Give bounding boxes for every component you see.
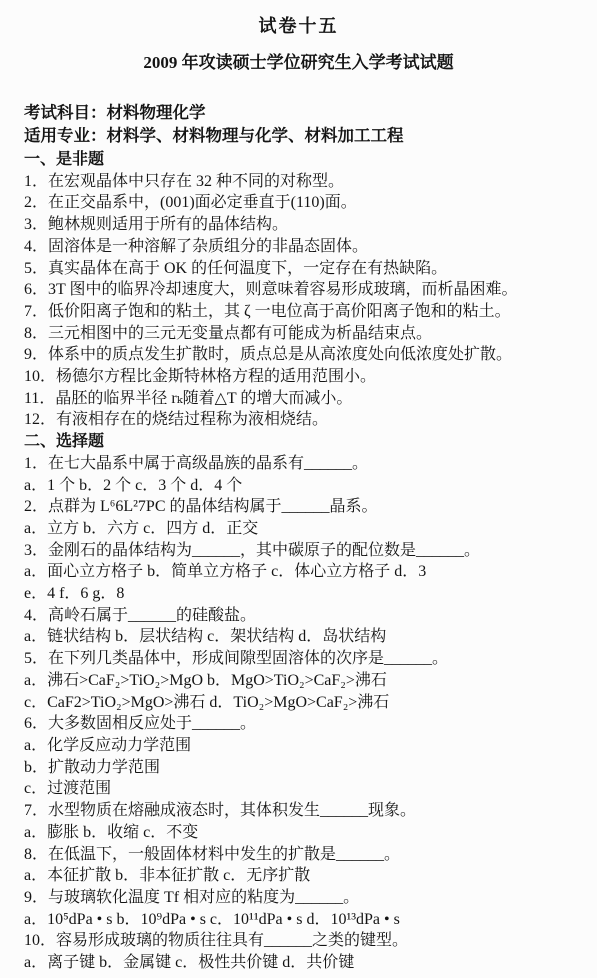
section1-heading: 一、是非题 (24, 149, 583, 171)
tf-item: 11．晶胚的临界半径 rₖ随着△T 的增大而减小。 (24, 388, 583, 410)
exam-paper-page: 试卷十五 2009 年攻读硕士学位研究生入学考试试题 考试科目：材料物理化学 适… (0, 0, 597, 978)
tf-item: 3．鲍林规则适用于所有的晶体结构。 (24, 214, 583, 236)
tf-item: 1．在宏观晶体中只存在 32 种不同的对称型。 (24, 171, 583, 193)
mc-line: a．沸石>CaF₂>TiO₂>MgO b．MgO>TiO₂>CaF₂>沸石 (24, 670, 583, 692)
mc-line: 8．在低温下，一般固体材料中发生的扩散是______。 (24, 844, 583, 866)
mc-line: 6．大多数固相反应处于______。 (24, 713, 583, 735)
exam-subject: 考试科目：材料物理化学 (24, 101, 577, 124)
mc-line: 7．水型物质在熔融成液态时，其体积发生______现象。 (24, 800, 583, 822)
tf-item: 6．3T 图中的临界冷却速度大，则意味着容易形成玻璃，而析晶困难。 (24, 279, 583, 301)
paper-title: 试卷十五 (0, 0, 597, 37)
tf-item: 7．低价阳离子饱和的粘土，其 ζ 一电位高于高价阳离子饱和的粘土。 (24, 301, 583, 323)
paper-meta: 考试科目：材料物理化学 适用专业：材料学、材料物理与化学、材料加工工程 (0, 101, 597, 147)
mc-line: a．链状结构 b．层状结构 c．架状结构 d．岛状结构 (24, 626, 583, 648)
mc-line: 3．金刚石的晶体结构为______，其中碳原子的配位数是______。 (24, 540, 583, 562)
mc-line: 2．点群为 L⁶6L²7PC 的晶体结构属于______晶系。 (24, 496, 583, 518)
mc-line: a．化学反应动力学范围 (24, 735, 583, 757)
section2-heading: 二、选择题 (24, 431, 583, 453)
tf-item: 10．杨德尔方程比金斯特林格方程的适用范围小。 (24, 366, 583, 388)
tf-item: 12．有液相存在的烧结过程称为液相烧结。 (24, 409, 583, 431)
mc-line: c．过渡范围 (24, 778, 583, 800)
mc-line: 1．在七大晶系中属于高级晶族的晶系有______。 (24, 453, 583, 475)
tf-item: 5．真实晶体在高于 OK 的任何温度下，一定存在有热缺陷。 (24, 258, 583, 280)
mc-line: a．10⁵dPa • s b．10⁹dPa • s c．10¹¹dPa • s … (24, 909, 583, 931)
mc-line: b．扩散动力学范围 (24, 757, 583, 779)
mc-line: a．立方 b．六方 c．四方 d．正交 (24, 518, 583, 540)
mc-line: a．1 个 b．2 个 c．3 个 d．4 个 (24, 475, 583, 497)
tf-item: 4．固溶体是一种溶解了杂质组分的非晶态固体。 (24, 236, 583, 258)
tf-item: 9．体系中的质点发生扩散时，质点总是从高浓度处向低浓度处扩散。 (24, 344, 583, 366)
mc-line: 9．与玻璃软化温度 Tf 相对应的粘度为______。 (24, 887, 583, 909)
mc-line: a．离子键 b．金属键 c．极性共价键 d．共价键 (24, 952, 583, 974)
mc-line: 10．容易形成玻璃的物质往往具有______之类的键型。 (24, 930, 583, 952)
tf-item: 2．在正交晶系中，(001)面必定垂直于(110)面。 (24, 192, 583, 214)
mc-line: a．面心立方格子 b．简单立方格子 c．体心立方格子 d．3 (24, 561, 583, 583)
paper-subtitle: 2009 年攻读硕士学位研究生入学考试试题 (0, 52, 597, 74)
paper-body: 一、是非题 1．在宏观晶体中只存在 32 种不同的对称型。 2．在正交晶系中，(… (0, 147, 597, 974)
mc-line: e．4 f．6 g．8 (24, 583, 583, 605)
mc-line: a．本征扩散 b．非本征扩散 c．无序扩散 (24, 865, 583, 887)
applicable-majors: 适用专业：材料学、材料物理与化学、材料加工工程 (24, 124, 577, 147)
tf-item: 8．三元相图中的三元无变量点都有可能成为析晶结束点。 (24, 323, 583, 345)
mc-line: 5．在下列几类晶体中，形成间隙型固溶体的次序是______。 (24, 648, 583, 670)
mc-line: a．膨胀 b．收缩 c．不变 (24, 822, 583, 844)
mc-line: c．CaF2>TiO₂>MgO>沸石 d．TiO₂>MgO>CaF₂>沸石 (24, 692, 583, 714)
mc-line: 4．高岭石属于______的硅酸盐。 (24, 605, 583, 627)
